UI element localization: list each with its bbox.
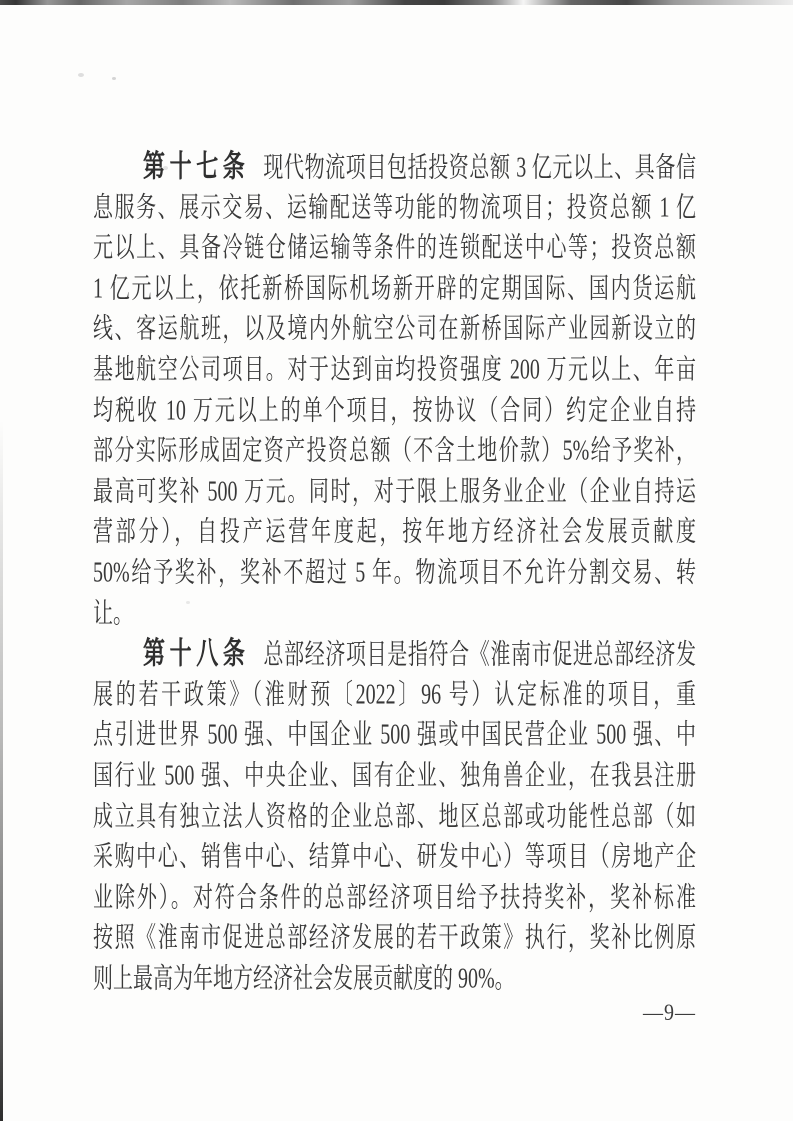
document-body: 第十七条现代物流项目包括投资总额 3 亿元以上、具备信 息服务、展示交易、运输配…: [93, 147, 696, 999]
scan-speck: [78, 73, 84, 77]
scan-speck: [112, 77, 116, 80]
scanned-document-page: 第十七条现代物流项目包括投资总额 3 亿元以上、具备信 息服务、展示交易、运输配…: [0, 0, 793, 1121]
scan-artifact-top-edge: [0, 0, 793, 5]
text-line: 则上最高为年地方经济社会发展贡献度的 90%。: [93, 951, 696, 1008]
page-number: —9—: [93, 1000, 696, 1026]
scan-artifact-left-edge: [0, 420, 3, 1121]
article-18-number: 第十八条: [143, 636, 250, 671]
article-17-number: 第十七条: [143, 149, 249, 184]
